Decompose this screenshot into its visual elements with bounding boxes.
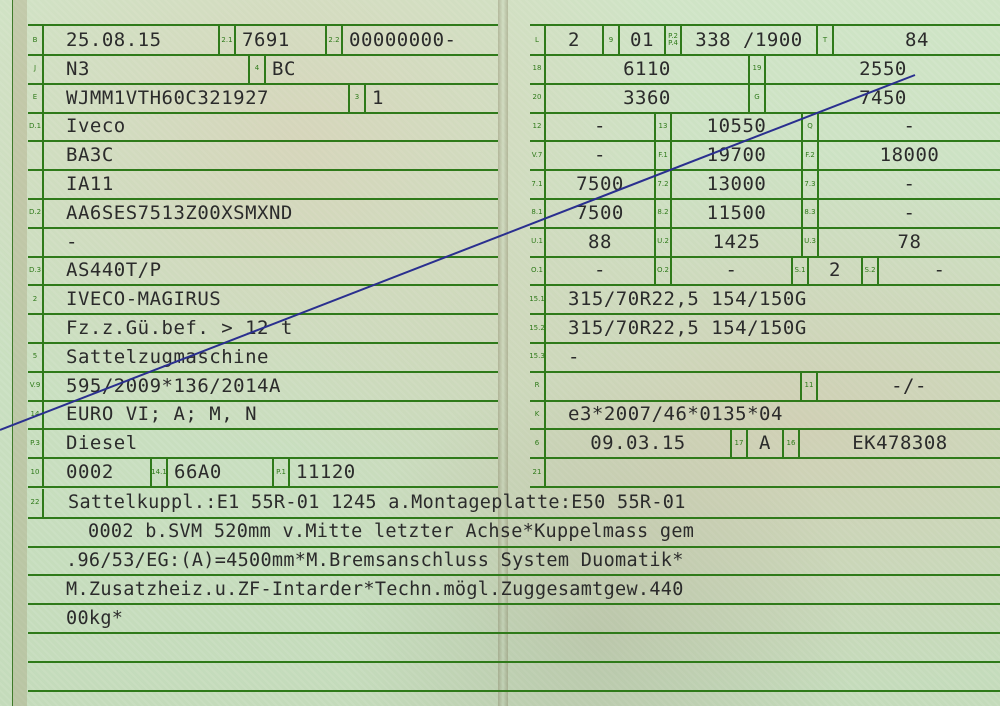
field-code-label: 6 [530,429,546,457]
field-code-label: U.3 [803,228,819,256]
field-value: AS440T/P [44,259,162,281]
field-code-label: U.1 [530,228,546,256]
left-binding-edge [12,0,27,706]
field-value: Sattelzugmaschine [44,346,269,368]
field-16: 16EK478308 [782,429,1000,457]
field-17: 17A [730,429,782,457]
field-code-label [28,228,44,256]
right-row-11: 15.3- [530,343,1000,373]
field-value: 19700 [672,144,801,166]
right-row-9: 15.1315/70R22,5 154/150G [530,285,1000,315]
field-14: 14EURO VI; A; M, N [28,400,498,428]
field-code-label: 11 [802,372,818,400]
field-o-2: O.2- [654,256,791,284]
field-code-label: S.2 [863,256,879,284]
field-d-1: D.1Iveco [28,112,498,140]
field-p-2-p-4: P.2 P.4338 /1900 [664,26,816,54]
field-value: 66A0 [168,461,222,483]
field-code-label: O.2 [656,256,672,284]
field-code-label: D.3 [28,256,44,284]
remarks-text: .96/53/EG:(A)=4500mm*M.Bremsanschluss Sy… [28,546,684,574]
field-value: 7500 [546,202,654,224]
field-t: T84 [816,26,1000,54]
field-value: 11120 [290,461,356,483]
field-value: AA6SES7513Z00XSMXND [44,202,293,224]
field-value: 09.03.15 [546,432,730,454]
field-code-label: 7.3 [803,170,819,198]
field-value: 11500 [672,202,801,224]
left-row-12: V.9595/2009*136/2014A [28,372,498,402]
field-b: B25.08.15 [28,26,218,54]
field-code-label: 4 [250,55,266,83]
field-code-label: 12 [530,112,546,140]
field-value: 315/70R22,5 154/150G [546,317,807,339]
field-value: 315/70R22,5 154/150G [546,288,807,310]
field-value: A [748,432,782,454]
field-value: Fz.z.Gü.bef. > 12 t [44,317,293,339]
field-code-label: O.1 [530,256,546,284]
right-row-13: Ke3*2007/46*0135*04 [530,400,1000,430]
field-l: L2 [530,26,602,54]
field-value: 00000000- [343,29,456,51]
field-2-1: 2.17691 [218,26,325,54]
field-u-2: U.21425 [654,228,801,256]
field-value: - [819,115,1000,137]
left-row-6: D.2AA6SES7513Z00XSMXND [28,199,498,229]
field-value: 2 [546,29,602,51]
field-code-label: R [530,372,546,400]
field-value: 01 [620,29,664,51]
field-code-label: 19 [750,55,766,83]
left-row-0: B25.08.152.176912.200000000- [28,26,498,56]
field-f-2: F.218000 [801,141,1000,169]
field-e: EWJMM1VTH60C321927 [28,84,348,112]
field-value: BC [266,58,296,80]
field-code-label: 17 [732,429,748,457]
field-20: 203360 [530,84,748,112]
field-code-label: P.2 P.4 [666,26,682,54]
left-row-4: BA3C [28,141,498,171]
field-code-label: 15.2 [530,314,546,342]
field-g: G7450 [748,84,1000,112]
field-value: Diesel [44,432,138,454]
field-code-label: 2.2 [327,26,343,54]
field-8-2: 8.211500 [654,199,801,227]
remarks-line-2: .96/53/EG:(A)=4500mm*M.Bremsanschluss Sy… [28,546,1000,576]
field-value: 6110 [546,58,748,80]
field-10: 100002 [28,458,150,486]
right-row-15: 21 [530,458,1000,488]
left-row-3: D.1Iveco [28,112,498,142]
field-code-label: B [28,26,44,54]
field-cont: - [28,228,498,256]
field-f-1: F.119700 [654,141,801,169]
field-p-3: P.3Diesel [28,429,498,457]
field-p-1: P.111120 [272,458,498,486]
field-5: 5Sattelzugmaschine [28,343,498,371]
field-value: 3360 [546,87,748,109]
field-value: - [546,259,654,281]
field-7-3: 7.3- [801,170,1000,198]
field-value: 18000 [819,144,1000,166]
field-value: 338 /1900 [682,29,816,51]
field-8-3: 8.3- [801,199,1000,227]
remarks-line-3: M.Zusatzheiz.u.ZF-Intarder*Techn.mögl.Zu… [28,575,1000,605]
field-value: - [819,173,1000,195]
field-15-1: 15.1315/70R22,5 154/150G [530,285,1000,313]
remarks-text [28,662,66,690]
right-row-0: L2901P.2 P.4338 /1900T84 [530,26,1000,56]
field-value: 1425 [672,231,801,253]
remarks-text: M.Zusatzheiz.u.ZF-Intarder*Techn.mögl.Zu… [28,575,684,603]
field-code-label: 14.1 [152,458,168,486]
field-2-2: 2.200000000- [325,26,498,54]
field-d-2: D.2AA6SES7513Z00XSMXND [28,199,498,227]
field-value: - [819,202,1000,224]
field-v-7: V.7- [530,141,654,169]
field-value: - [672,259,791,281]
field-code-label: V.9 [28,372,44,400]
right-row-10: 15.2315/70R22,5 154/150G [530,314,1000,344]
field-value: EURO VI; A; M, N [44,403,257,425]
field-value: 25.08.15 [44,29,162,51]
field-value: IVECO-MAGIRUS [44,288,221,310]
field-code-label: D.2 [28,199,44,227]
field-u-1: U.188 [530,228,654,256]
field-9: 901 [602,26,664,54]
left-row-15: 10000214.166A0P.111120 [28,458,498,488]
field-code-label: L [530,26,546,54]
right-row-12: R11-/- [530,372,1000,402]
remarks-line-1: 0002 b.SVM 520mm v.Mitte letzter Achse*K… [28,518,1000,548]
field-value: - [546,144,654,166]
field-q: Q- [801,112,1000,140]
remarks-text: 00kg* [28,604,123,632]
field-code-label: 13 [656,112,672,140]
field-8-1: 8.17500 [530,199,654,227]
left-row-9: 2IVECO-MAGIRUS [28,285,498,315]
field-15-3: 15.3- [530,343,1000,371]
field-code-label: P.3 [28,429,44,457]
left-row-2: EWJMM1VTH60C32192731 [28,84,498,114]
left-row-1: JN34BC [28,55,498,85]
remarks-text: 0002 b.SVM 520mm v.Mitte letzter Achse*K… [28,518,694,546]
field-code-label: 5 [28,343,44,371]
field-6: 609.03.15 [530,429,730,457]
field-code-label: T [818,26,834,54]
field-s-1: S.12 [791,256,861,284]
field-code-label: G [750,84,766,112]
field-code-label [28,314,44,342]
field-value: WJMM1VTH60C321927 [44,87,269,109]
field-value: IA11 [44,173,114,195]
left-row-14: P.3Diesel [28,429,498,459]
field-value: e3*2007/46*0135*04 [546,403,783,425]
field-19: 192550 [748,55,1000,83]
remarks-text: Sattelkuppl.:E1 55R-01 1245 a.Montagepla… [44,489,686,517]
field-value: - [879,259,1000,281]
field-code-label: 7.1 [530,170,546,198]
field-code-label: 14 [28,400,44,428]
field-code-label: 15.3 [530,343,546,371]
field-code-label: 3 [350,84,366,112]
field-value: BA3C [44,144,114,166]
field-code-label: 8.1 [530,199,546,227]
field-cont: Fz.z.Gü.bef. > 12 t [28,314,498,342]
field-code-label: 18 [530,55,546,83]
field-code-label: 15.1 [530,285,546,313]
field-code-label: K [530,400,546,428]
field-code-label: E [28,84,44,112]
field-value: - [546,115,654,137]
field-code-label: 8.2 [656,199,672,227]
field-o-1: O.1- [530,256,654,284]
field-code-label: J [28,55,44,83]
remarks-line-0: 22Sattelkuppl.:E1 55R-01 1245 a.Montagep… [28,489,1000,519]
field-r: R [530,372,800,400]
field-value: N3 [44,58,90,80]
field-code-label: 2 [28,285,44,313]
field-value: 7691 [236,29,290,51]
field-code-label: S.1 [793,256,809,284]
right-row-3: 12-1310550Q- [530,112,1000,142]
right-row-8: O.1-O.2-S.12S.2- [530,256,1000,286]
field-code-label: 8.3 [803,199,819,227]
field-7-1: 7.17500 [530,170,654,198]
field-13: 1310550 [654,112,801,140]
field-11: 11-/- [800,372,1000,400]
field-code-label: 22 [28,489,44,517]
right-row-14: 609.03.1517A16EK478308 [530,429,1000,459]
field-code-label: 20 [530,84,546,112]
field-value: 78 [819,231,1000,253]
field-code-label: U.2 [656,228,672,256]
field-value: -/- [818,375,1000,397]
remarks-text [28,633,66,661]
right-row-7: U.188U.21425U.378 [530,228,1000,258]
field-code-label: 2.1 [220,26,236,54]
field-15-2: 15.2315/70R22,5 154/150G [530,314,1000,342]
field-code-label: F.1 [656,141,672,169]
right-row-2: 203360G7450 [530,84,1000,114]
field-12: 12- [530,112,654,140]
right-row-6: 8.175008.2115008.3- [530,199,1000,229]
left-row-11: 5Sattelzugmaschine [28,343,498,373]
field-code-label: 7.2 [656,170,672,198]
field-code-label: 16 [784,429,800,457]
right-row-4: V.7-F.119700F.218000 [530,141,1000,171]
field-s-2: S.2- [861,256,1000,284]
field-code-label: 10 [28,458,44,486]
field-4: 4BC [248,55,498,83]
field-code-label: P.1 [274,458,290,486]
field-value: 7500 [546,173,654,195]
right-row-1: 186110192550 [530,55,1000,85]
field-d-3: D.3AS440T/P [28,256,498,284]
field-value: EK478308 [800,432,1000,454]
field-value: - [44,231,78,253]
field-code-label: D.1 [28,112,44,140]
field-value: 595/2009*136/2014A [44,375,281,397]
left-row-5: IA11 [28,170,498,200]
field-code-label: Q [803,112,819,140]
remarks-line-6 [28,662,1000,692]
field-code-label: 21 [530,458,546,486]
field-v-9: V.9595/2009*136/2014A [28,372,498,400]
field-value: 88 [546,231,654,253]
field-value: 10550 [672,115,801,137]
field-7-2: 7.213000 [654,170,801,198]
field-code-label: 9 [604,26,620,54]
field-j: JN3 [28,55,248,83]
field-cont: IA11 [28,170,498,198]
field-code-label [28,170,44,198]
left-row-7: - [28,228,498,258]
left-row-8: D.3AS440T/P [28,256,498,286]
field-code-label: V.7 [530,141,546,169]
field-k: Ke3*2007/46*0135*04 [530,400,1000,428]
field-18: 186110 [530,55,748,83]
field-u-3: U.378 [801,228,1000,256]
field-3: 31 [348,84,498,112]
field-2: 2IVECO-MAGIRUS [28,285,498,313]
field-value: 7450 [766,87,1000,109]
right-row-5: 7.175007.2130007.3- [530,170,1000,200]
field-value: 13000 [672,173,801,195]
remarks-line-4: 00kg* [28,604,1000,634]
field-code-label: F.2 [803,141,819,169]
field-value: Iveco [44,115,126,137]
remarks-line-5 [28,633,1000,663]
field-value: 1 [366,87,384,109]
field-value: 2 [809,259,861,281]
field-value: 0002 [44,461,114,483]
field-cont: BA3C [28,141,498,169]
field-21: 21 [530,458,1000,486]
field-14-1: 14.166A0 [150,458,272,486]
left-row-10: Fz.z.Gü.bef. > 12 t [28,314,498,344]
field-value: 84 [834,29,1000,51]
field-code-label [28,141,44,169]
field-value: - [546,346,580,368]
field-value: 2550 [766,58,1000,80]
left-row-13: 14EURO VI; A; M, N [28,400,498,430]
